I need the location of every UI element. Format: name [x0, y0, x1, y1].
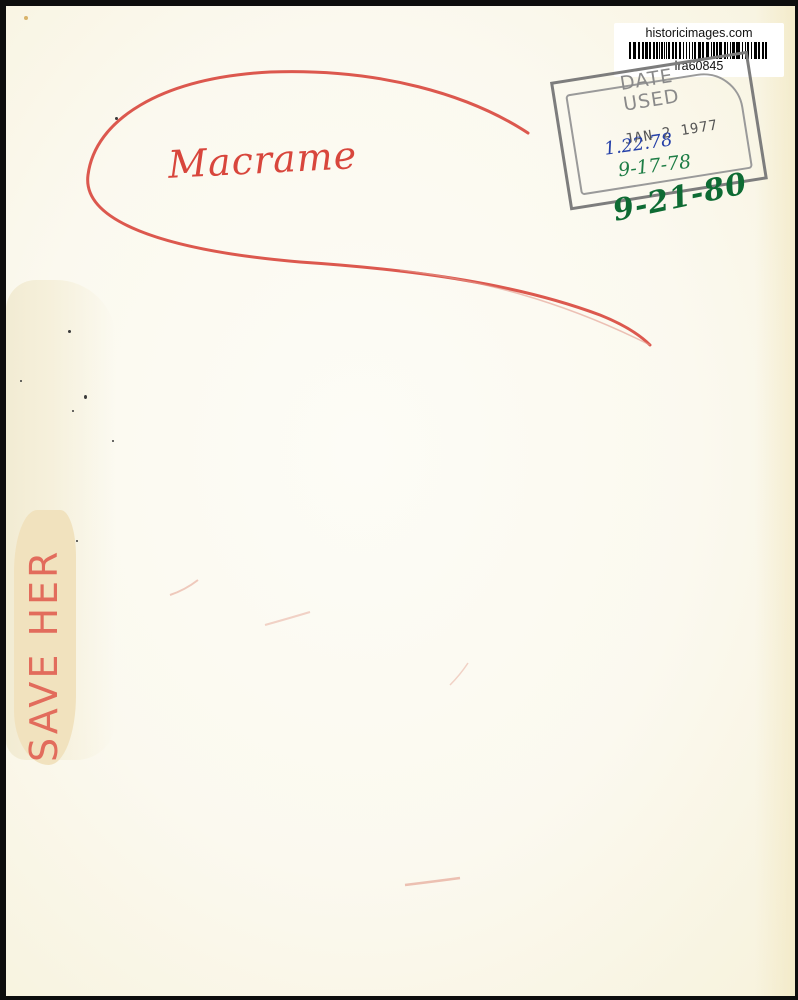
- label-site: historicimages.com: [614, 26, 784, 41]
- stamp-title: DATE USED: [619, 65, 681, 115]
